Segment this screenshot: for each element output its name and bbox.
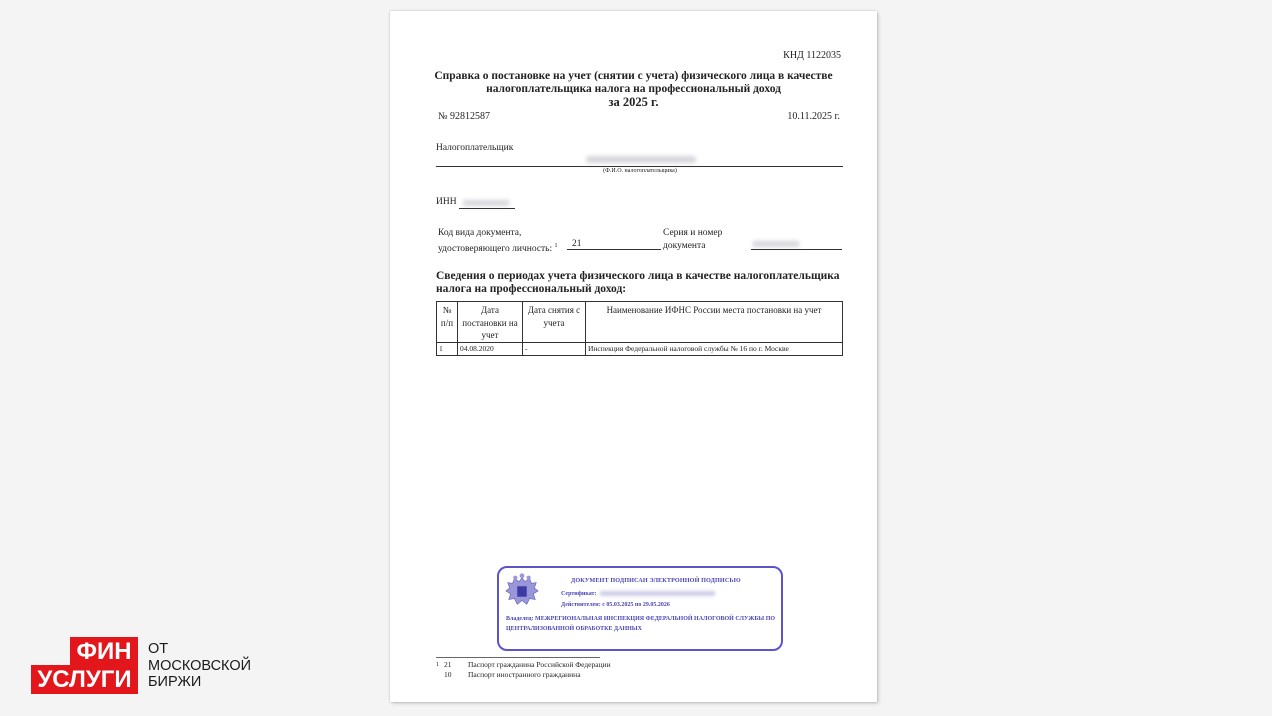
header-deregistration-date: Дата снятия с учета bbox=[523, 302, 586, 343]
inn-redacted bbox=[463, 200, 509, 206]
title-year: за 2025 г. bbox=[420, 96, 847, 109]
footnote-code: 21 bbox=[436, 660, 460, 670]
certificate-redacted bbox=[600, 591, 715, 596]
taxpayer-name-redacted bbox=[586, 156, 696, 163]
series-label-line: Серия и номер bbox=[663, 227, 722, 240]
header-ifns-name: Наименование ИФНС России места постановк… bbox=[586, 302, 843, 343]
cell-deregistration-date: - bbox=[523, 342, 586, 355]
table-row: 1 04.08.2020 - Инспекция Федеральной нал… bbox=[437, 342, 843, 355]
taxpayer-name-line bbox=[436, 166, 843, 167]
doc-code-label-line: удостоверяющего личность: bbox=[438, 244, 552, 254]
footnote-code: 10 bbox=[436, 670, 460, 680]
inn-label: ИНН bbox=[436, 197, 457, 207]
cell-ifns-name: Инспекция Федеральной налоговой службы №… bbox=[586, 342, 843, 355]
knd-code: КНД 1122035 bbox=[783, 50, 841, 61]
tagline-line: ОТ bbox=[148, 641, 251, 658]
title-line: Справка о постановке на учет (снятии с у… bbox=[420, 70, 847, 83]
fio-caption: (Ф.И.О. налогоплательщика) bbox=[390, 168, 890, 174]
footnote-mark: 1 bbox=[436, 660, 439, 670]
document-date: 10.11.2025 г. bbox=[787, 111, 840, 122]
section-title: Сведения о периодах учета физического ли… bbox=[436, 270, 846, 296]
taxpayer-label: Налогоплательщик bbox=[436, 143, 513, 153]
logo-tagline: ОТ МОСКОВСКОЙ БИРЖИ bbox=[148, 641, 251, 691]
footnotes: 121Паспорт гражданина Российской Федерац… bbox=[436, 660, 611, 680]
series-line bbox=[751, 249, 842, 250]
document-number: № 92812587 bbox=[438, 111, 490, 122]
footnote-item: 121Паспорт гражданина Российской Федерац… bbox=[436, 660, 611, 670]
cell-number: 1 bbox=[437, 342, 458, 355]
doc-code-line bbox=[567, 249, 661, 250]
stamp-validity: Действителен: с 05.03.2025 по 29.05.2026 bbox=[561, 602, 670, 608]
footnote-item: 10Паспорт иностранного гражданина bbox=[436, 670, 611, 680]
footnote-mark: 1 bbox=[555, 243, 558, 249]
logo-uslugi: УСЛУГИ bbox=[31, 665, 138, 694]
footnote-text: Паспорт иностранного гражданина bbox=[468, 670, 581, 680]
footnote-text: Паспорт гражданина Российской Федерации bbox=[468, 660, 611, 670]
doc-code-label-line: Код вида документа, bbox=[438, 227, 558, 240]
document-page: КНД 1122035 Справка о постановке на учет… bbox=[390, 11, 877, 702]
footnote-divider bbox=[436, 657, 600, 658]
inn-line bbox=[459, 208, 515, 209]
tagline-line: БИРЖИ bbox=[148, 674, 251, 691]
cell-registration-date: 04.08.2020 bbox=[458, 342, 523, 355]
header-registration-date: Дата постановки на учет bbox=[458, 302, 523, 343]
series-label: Серия и номер документа bbox=[663, 227, 722, 253]
tagline-line: МОСКОВСКОЙ bbox=[148, 658, 251, 675]
stamp-title: ДОКУМЕНТ ПОДПИСАН ЭЛЕКТРОННОЙ ПОДПИСЬЮ bbox=[571, 577, 741, 584]
document-title: Справка о постановке на учет (снятии с у… bbox=[390, 70, 877, 109]
electronic-signature-stamp: ДОКУМЕНТ ПОДПИСАН ЭЛЕКТРОННОЙ ПОДПИСЬЮ С… bbox=[497, 566, 783, 651]
header-number: № п/п bbox=[437, 302, 458, 343]
stamp-owner: Владелец: МЕЖРЕГИОНАЛЬНАЯ ИНСПЕКЦИЯ ФЕДЕ… bbox=[506, 614, 781, 634]
stamp-certificate: Сертификат: bbox=[561, 591, 715, 597]
doc-code-value: 21 bbox=[572, 239, 582, 249]
periods-table: № п/п Дата постановки на учет Дата сняти… bbox=[436, 301, 843, 356]
series-redacted bbox=[753, 241, 799, 247]
logo-fin: ФИН bbox=[70, 637, 138, 666]
doc-code-label: Код вида документа, удостоверяющего личн… bbox=[438, 227, 558, 256]
certificate-label: Сертификат: bbox=[561, 591, 597, 597]
coat-of-arms-icon bbox=[503, 572, 541, 610]
series-label-line: документа bbox=[663, 240, 722, 253]
